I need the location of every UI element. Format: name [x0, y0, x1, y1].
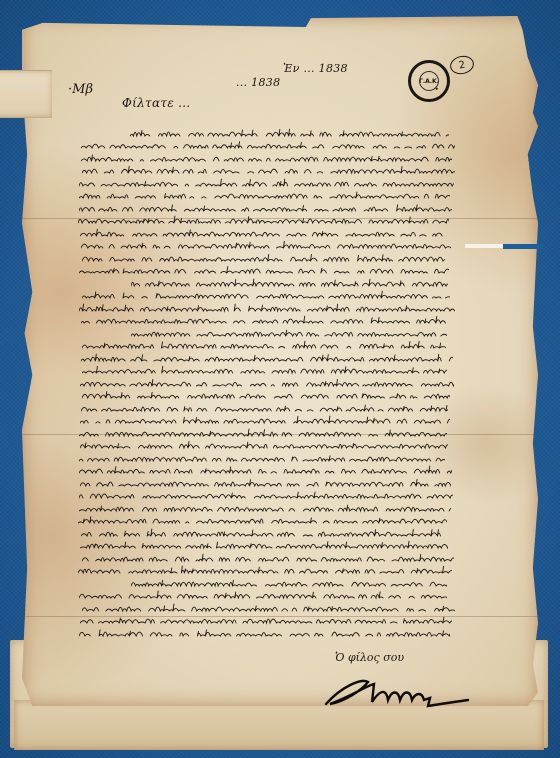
- handwriting-line: [79, 303, 455, 315]
- handwriting-line: [82, 290, 450, 302]
- handwriting-line: [79, 178, 454, 190]
- signature-icon: [322, 676, 472, 708]
- handwriting-line: [80, 440, 448, 452]
- handwriting-line: [81, 528, 446, 540]
- handwriting-line: [80, 228, 445, 240]
- handwriting-line: [78, 215, 449, 227]
- handwriting-line: [79, 265, 448, 277]
- handwriting-line: [80, 478, 452, 490]
- handwriting-line: [81, 153, 452, 165]
- handwriting-line: [82, 365, 448, 377]
- archive-stamp: Γ.Α.Κ.: [408, 60, 450, 102]
- handwriting-line: [82, 603, 455, 615]
- margin-note: ·Μβ: [68, 82, 93, 97]
- handwriting-line: [79, 490, 453, 502]
- closing: Ὁ φίλος σου: [335, 651, 404, 664]
- handwriting-line: [81, 240, 451, 252]
- handwriting-line: [130, 128, 449, 140]
- handwriting-line: [78, 515, 447, 527]
- handwriting-line: [82, 553, 455, 565]
- handwriting-line: [80, 415, 451, 427]
- handwriting-line: [82, 165, 455, 177]
- handwriting-line: [82, 340, 446, 352]
- handwriting-line: [82, 390, 450, 402]
- handwriting-line: [131, 278, 447, 290]
- handwriting-line: [79, 628, 450, 640]
- handwriting-line: [81, 353, 452, 365]
- stamp-center-text: Γ.Α.Κ.: [419, 78, 439, 85]
- handwriting-line: [79, 428, 446, 440]
- handwriting-line: [79, 203, 452, 215]
- handwriting-line: [81, 315, 451, 327]
- handwriting-line: [80, 378, 454, 390]
- handwriting-line: [79, 190, 450, 202]
- place-line: Ἐν ... 1838: [283, 62, 348, 75]
- folded-tab: [0, 70, 52, 118]
- handwriting-line: [81, 403, 448, 415]
- handwriting-line: [80, 540, 448, 552]
- signature: [322, 676, 472, 708]
- date-line: ... 1838: [236, 76, 280, 89]
- handwriting-line: [79, 590, 448, 602]
- handwriting-line: [78, 565, 452, 577]
- handwriting-line: [79, 465, 452, 477]
- handwriting-line: [131, 578, 448, 590]
- handwriting-line: [80, 615, 452, 627]
- handwriting-line: [131, 328, 447, 340]
- handwriting-line: [79, 453, 445, 465]
- handwriting-line: [82, 253, 445, 265]
- handwriting-line: [79, 503, 451, 515]
- paper-tear-gap: [503, 244, 543, 249]
- salutation: Φίλτατε ...: [122, 96, 191, 110]
- handwriting-line: [81, 140, 454, 152]
